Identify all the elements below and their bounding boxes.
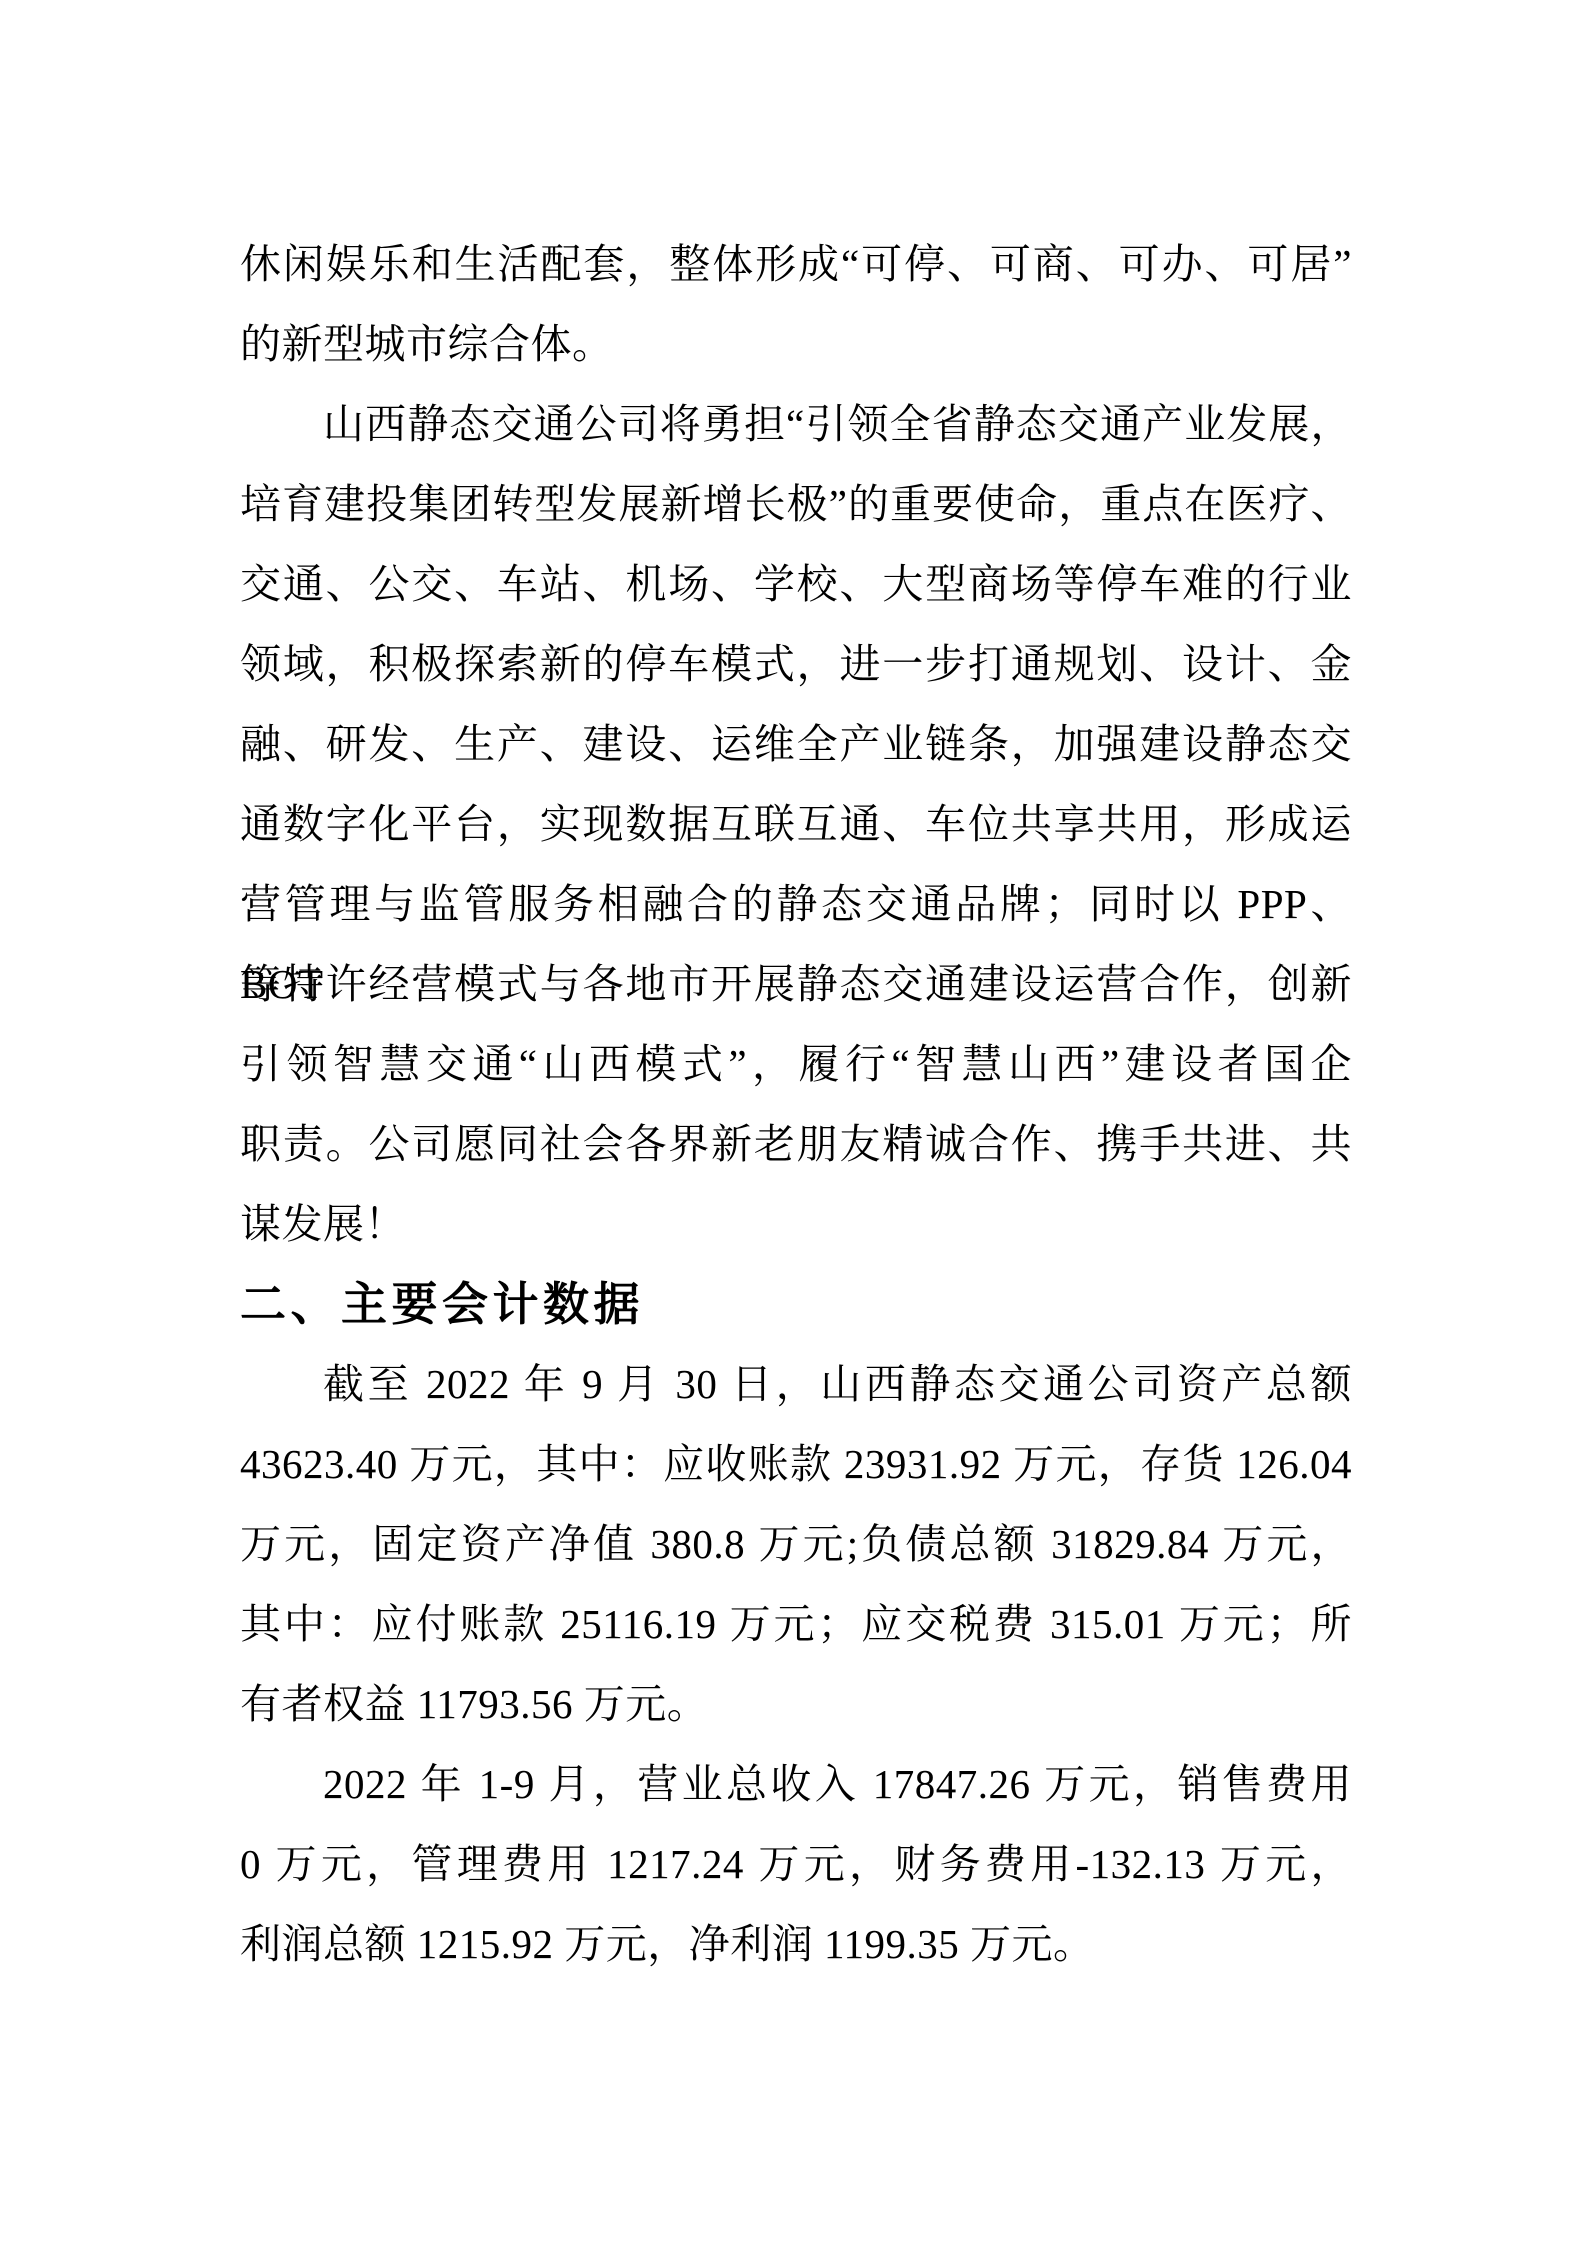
text-line: 有者权益 11793.56 万元。	[240, 1664, 1352, 1744]
section-heading: 二、主要会计数据	[240, 1264, 1352, 1344]
text-line: 截至 2022 年 9 月 30 日，山西静态交通公司资产总额	[240, 1344, 1352, 1424]
text-line: 2022 年 1-9 月，营业总收入 17847.26 万元，销售费用	[240, 1744, 1352, 1824]
text-line: 的新型城市综合体。	[240, 304, 1352, 384]
text-line: 通数字化平台，实现数据互联互通、车位共享共用，形成运	[240, 784, 1352, 864]
text-line: 融、研发、生产、建设、运维全产业链条，加强建设静态交	[240, 704, 1352, 784]
text-line: 培育建投集团转型发展新增长极”的重要使命，重点在医疗、	[240, 464, 1352, 544]
text-line: 等特许经营模式与各地市开展静态交通建设运营合作，创新	[240, 944, 1352, 1024]
text-line: 营管理与监管服务相融合的静态交通品牌；同时以 PPP、BOT	[240, 864, 1352, 944]
text-line: 其中：应付账款 25116.19 万元；应交税费 315.01 万元；所	[240, 1584, 1352, 1664]
document-page: 休闲娱乐和生活配套，整体形成“可停、可商、可办、可居”的新型城市综合体。山西静态…	[0, 0, 1587, 2245]
text-line: 山西静态交通公司将勇担“引领全省静态交通产业发展，	[240, 384, 1352, 464]
text-line: 职责。公司愿同社会各界新老朋友精诚合作、携手共进、共	[240, 1104, 1352, 1184]
text-line: 43623.40 万元，其中：应收账款 23931.92 万元，存货 126.0…	[240, 1424, 1352, 1504]
text-line: 利润总额 1215.92 万元，净利润 1199.35 万元。	[240, 1904, 1352, 1984]
text-line: 休闲娱乐和生活配套，整体形成“可停、可商、可办、可居”	[240, 224, 1352, 304]
text-line: 引领智慧交通“山西模式”，履行“智慧山西”建设者国企	[240, 1024, 1352, 1104]
text-line: 谋发展！	[240, 1184, 1352, 1264]
document-text-block: 休闲娱乐和生活配套，整体形成“可停、可商、可办、可居”的新型城市综合体。山西静态…	[240, 224, 1352, 1984]
text-line: 领域，积极探索新的停车模式，进一步打通规划、设计、金	[240, 624, 1352, 704]
text-line: 万元，固定资产净值 380.8 万元;负债总额 31829.84 万元，	[240, 1504, 1352, 1584]
text-line: 交通、公交、车站、机场、学校、大型商场等停车难的行业	[240, 544, 1352, 624]
text-line: 0 万元，管理费用 1217.24 万元，财务费用-132.13 万元，	[240, 1824, 1352, 1904]
